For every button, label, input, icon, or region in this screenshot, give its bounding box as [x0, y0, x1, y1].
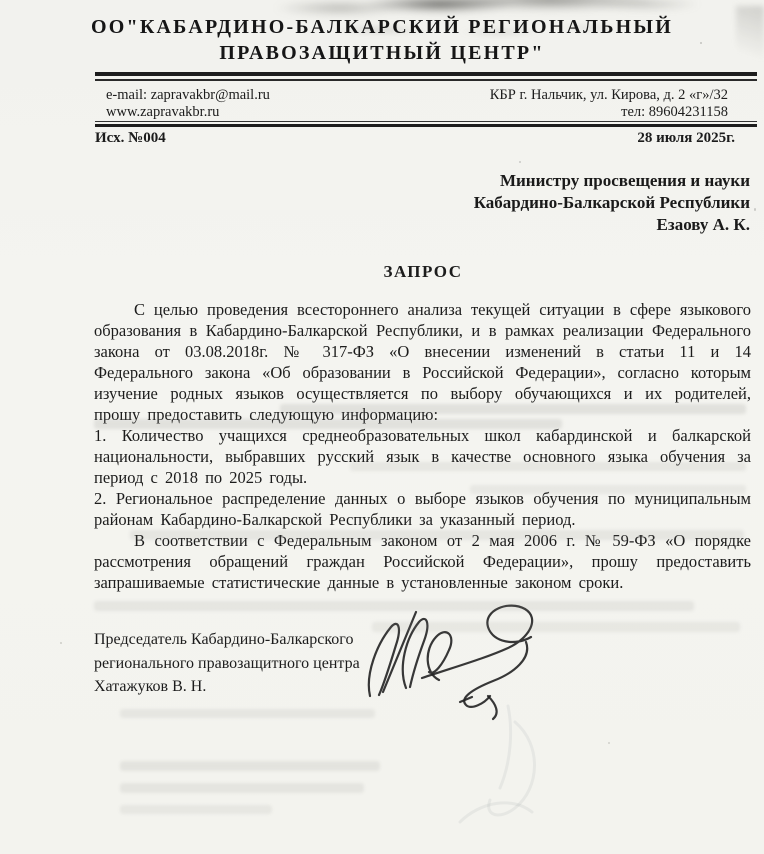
organization-title-line1: ОО"КАБАРДИНО-БАЛКАРСКИЙ РЕГИОНАЛЬНЫЙ [52, 14, 712, 40]
body-list-item-2: 2. Региональное распределение данных о в… [94, 488, 751, 530]
organization-title: ОО"КАБАРДИНО-БАЛКАРСКИЙ РЕГИОНАЛЬНЫЙ ПРА… [52, 14, 712, 66]
signoff-line3: Хатажуков В. Н. [94, 675, 360, 699]
bleedthrough-text-row [120, 783, 364, 793]
letterhead-divider-top [95, 72, 757, 81]
scan-speck [754, 208, 756, 211]
signoff-line1: Председатель Кабардино-Балкарского [94, 628, 360, 652]
recipient-block: Министру просвещения и науки Кабардино-Б… [300, 170, 750, 236]
handwritten-signature [338, 592, 548, 727]
scan-speck [519, 161, 521, 163]
scan-speck [60, 642, 62, 644]
bleedthrough-text-row [120, 805, 272, 814]
body-paragraph-1: С целью проведения всестороннего анализа… [94, 299, 751, 425]
bleedthrough-text-row [120, 761, 380, 771]
recipient-line3: Езаову А. К. [300, 214, 750, 236]
signoff-block: Председатель Кабардино-Балкарского регио… [94, 628, 360, 699]
outgoing-number: Исх. №004 [95, 130, 166, 147]
email-text: e-mail: zapravakbr@mail.ru [106, 87, 270, 104]
scan-edge-streak [736, 6, 764, 76]
bleedthrough-text-row [120, 709, 375, 718]
phone-text: тел: 89604231158 [380, 104, 728, 121]
address-text: КБР г. Нальчик, ул. Кирова, д. 2 «г»/32 [380, 87, 728, 104]
subject-title: ЗАПРОС [94, 262, 752, 282]
scanned-letter-page: ОО"КАБАРДИНО-БАЛКАРСКИЙ РЕГИОНАЛЬНЫЙ ПРА… [0, 0, 764, 854]
bleedthrough-text-row [372, 622, 740, 632]
contact-block-right: КБР г. Нальчик, ул. Кирова, д. 2 «г»/32 … [380, 87, 728, 120]
body-list-item-1: 1. Количество учащихся среднеобразовател… [94, 425, 751, 488]
letter-body: С целью проведения всестороннего анализа… [94, 299, 751, 593]
body-paragraph-2: В соответствии с Федеральным законом от … [94, 530, 751, 593]
signoff-line2: регионального правозащитного центра [94, 652, 360, 676]
letterhead-divider-bottom [95, 121, 757, 127]
organization-title-line2: ПРАВОЗАЩИТНЫЙ ЦЕНТР" [52, 40, 712, 66]
scan-speck [608, 742, 610, 744]
bleedthrough-text-row [94, 601, 694, 611]
website-text: www.zapravakbr.ru [106, 104, 270, 121]
letter-date: 28 июля 2025г. [400, 130, 735, 147]
recipient-line1: Министру просвещения и науки [300, 170, 750, 192]
contact-block-left: e-mail: zapravakbr@mail.ru www.zapravakb… [106, 87, 270, 120]
recipient-line2: Кабардино-Балкарской Республики [300, 192, 750, 214]
bleedthrough-signature [420, 700, 580, 845]
